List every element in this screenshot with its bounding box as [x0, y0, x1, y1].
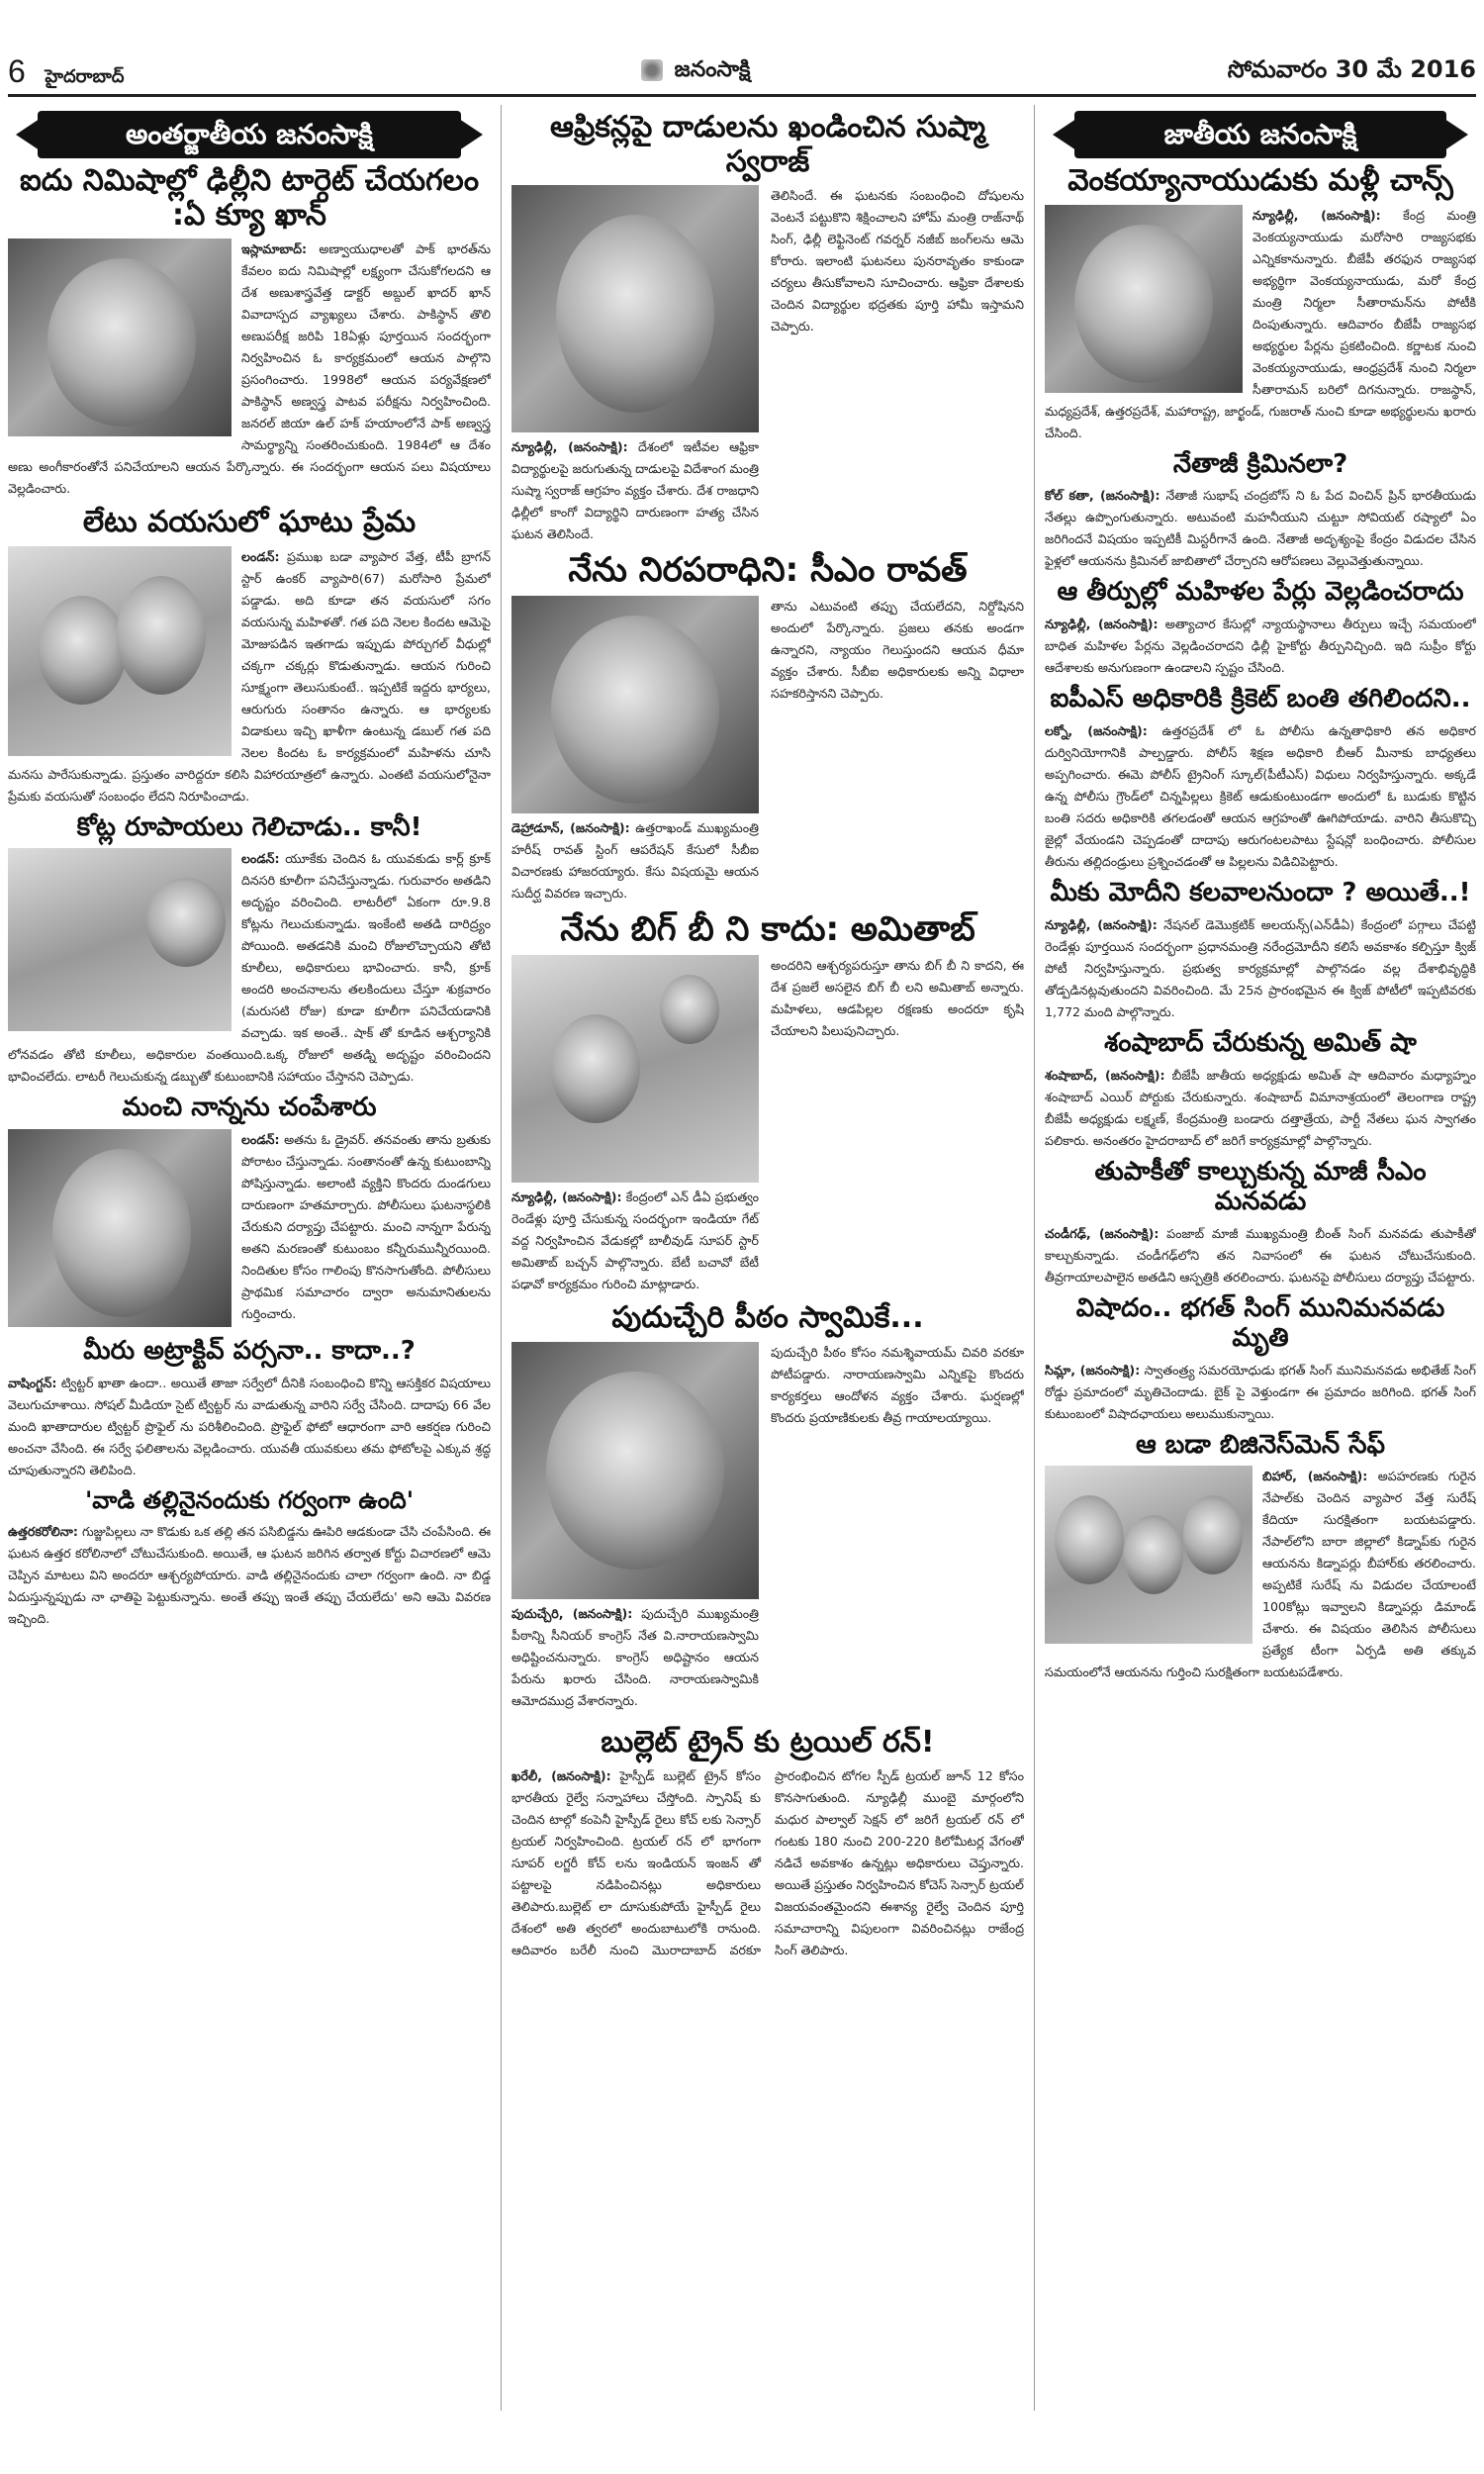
- dateline: శంషాబాద్, (జనంసాక్షి):: [1045, 1068, 1165, 1083]
- article-businessman-safe: బిహార్, (జనంసాక్షి): అపహరణకు గురైన నేపాల…: [1045, 1466, 1476, 1683]
- article-body: గుజ్జుపిల్లలు నా కొడుకు ఒక తల్లి తన పసిబ…: [8, 1524, 491, 1626]
- logo-emblem-icon: [641, 59, 663, 81]
- article-ex-cm-grandson: చండీగఢ్, (జనంసాక్షి): పంజాబ్ మాజీ ముఖ్యమ…: [1045, 1223, 1476, 1288]
- couple-kissing-photo: [8, 546, 232, 756]
- dateline: లండన్:: [241, 851, 280, 866]
- headline: ఐపీఎస్ అధికారికి క్రికెట్ బంతి తగిలిందని…: [1045, 685, 1476, 714]
- article-body: ట్విట్టర్ ఖాతా ఉందా.. అయితే తాజా సర్వేలో…: [8, 1376, 491, 1477]
- dateline: లక్నో, (జనంసాక్షి):: [1045, 723, 1148, 738]
- headline: బుల్లెట్ ట్రైన్ కు ట్రయిల్ రన్!: [511, 1726, 1024, 1760]
- article-bullet-train: ఖరేలీ, (జనంసాక్షి): హైస్పీడ్ బుల్లెట్ ట్…: [511, 1765, 1024, 1961]
- headline: శంషాబాద్ చేరుకున్న అమిత్ షా: [1045, 1029, 1476, 1059]
- dateline: ఉత్తరకరోలినా:: [8, 1524, 78, 1539]
- article-lottery: లండన్: యూకేకు చెందిన ఓ యువకుడు కార్ల్ క్…: [8, 848, 491, 1088]
- international-column: అంతర్జాతీయ జనంసాక్షి ఐదు నిమిషాల్లో ఢిల్…: [8, 105, 491, 2411]
- dateline: న్యూఢిల్లీ, (జనంసాక్షి):: [511, 439, 628, 454]
- lottery-winner-photo: [8, 848, 232, 1031]
- article-body: ఉత్తరప్రదేశ్ లో ఓ పోలీసు ఉన్నతాధికారి తన…: [1045, 723, 1476, 869]
- dateline: ఖరేలీ, (జనంసాక్షి):: [511, 1768, 611, 1783]
- article-puducherry: పుదుచ్చేరి, (జనంసాక్షి): పుదుచ్చేరి ముఖ్…: [511, 1342, 1024, 1712]
- headline: మీకు మోదీని కలవాలనుందా ? అయితే..!: [1045, 879, 1476, 908]
- dateline: న్యూఢిల్లీ, (జనంసాక్షి):: [1252, 208, 1381, 223]
- headline: నేను బిగ్ బీ ని కాదు: అమితాబ్: [511, 910, 1024, 949]
- driver-photo: [8, 1129, 232, 1327]
- section-banner-international: అంతర్జాతీయ జనంసాక్షి: [38, 111, 461, 158]
- headline: నేతాజీ క్రిమినలా?: [1045, 450, 1476, 480]
- dateline: లండన్:: [241, 1132, 280, 1147]
- national-column: జాతీయ జనంసాక్షి వెంకయ్యానాయుడుకు మళ్లీ చ…: [1045, 105, 1476, 2411]
- page-info: 6 హైదరాబాద్: [8, 53, 125, 91]
- dateline: పుదుచ్చేరి, (జనంసాక్షి):: [511, 1606, 632, 1621]
- main-news-column: ఆఫ్రికన్లపై దాడులను ఖండించిన సుష్మా స్వర…: [501, 105, 1035, 2411]
- headline: ఆ తీర్పుల్లో మహిళల పేర్లు వెల్లడించరాదు: [1045, 578, 1476, 608]
- headline: ఆఫ్రికన్లపై దాడులను ఖండించిన సుష్మా స్వర…: [511, 111, 1024, 179]
- section-banner-national: జాతీయ జనంసాక్షి: [1074, 111, 1446, 158]
- headline: మంచి నాన్నను చంపేశారు: [8, 1094, 491, 1123]
- dateline: కోల్ కతా, (జనంసాక్షి):: [1045, 488, 1160, 503]
- article-rawat: డెహ్రాడూన్, (జనంసాక్షి): ఉత్తరాఖండ్ ముఖ్…: [511, 596, 1024, 904]
- article-body: దేశంలో ఇటీవల ఆఫ్రికా విద్యార్థులపై జరుగు…: [511, 439, 759, 541]
- masthead: 6 హైదరాబాద్ జనంసాక్షి సోమవారం 30 మే 2016: [8, 51, 1476, 97]
- headline: వెంకయ్యానాయుడుకు మళ్లీ చాన్స్: [1045, 164, 1476, 199]
- headline: కోట్ల రూపాయలు గెలిచాడు.. కానీ!: [8, 813, 491, 843]
- article-body-continued: కోసం కొనసాగుతుంది. న్యూఢిల్లీ ముంబై మార్…: [775, 1768, 1024, 1957]
- headline: పుదుచ్చేరి పీఠం స్వామికే...: [511, 1301, 1024, 1336]
- headline: లేటు వయసులో ఘాటు ప్రేమ: [8, 506, 491, 540]
- headline: నేను నిరపరాధిని: సీఎం రావత్: [511, 551, 1024, 590]
- headline: 'వాడి తల్లినైనందుకు గర్వంగా ఉంది': [8, 1487, 491, 1515]
- article-twitter-survey: వాషింగ్టన్: ట్విట్టర్ ఖాతా ఉందా.. అయితే …: [8, 1373, 491, 1481]
- article-bhagat-singh: సిమ్లా, (జనంసాక్షి): స్వాతంత్ర్య సమరయోధు…: [1045, 1360, 1476, 1425]
- article-venkaiah: న్యూఢిల్లీ, (జనంసాక్షి): కేంద్ర మంత్రి వ…: [1045, 205, 1476, 444]
- article-body: కేంద్రంలో ఎన్ డీఏ ప్రభుత్వం రెండేళ్లు పూ…: [511, 1189, 759, 1291]
- article-body: పుదుచ్చేరి ముఖ్యమంత్రి పీఠాన్ని సీనియర్ …: [511, 1606, 759, 1708]
- article-good-father: లండన్: అతను ఓ డ్రైవర్. తనవంతు తాను బ్రతు…: [8, 1129, 491, 1331]
- headline: మీరు అట్రాక్టివ్ పర్సనా.. కాదా..?: [8, 1337, 491, 1367]
- venkaiah-naidu-photo: [1045, 205, 1243, 393]
- logo-text: జనంసాక్షి: [675, 57, 751, 82]
- dateline: డెహ్రాడూన్, (జనంసాక్షి):: [511, 820, 630, 835]
- narayanasamy-photo: [511, 1342, 759, 1599]
- dateline: చండీగఢ్, (జనంసాక్షి):: [1045, 1226, 1159, 1241]
- article-victim-names: న్యూఢిల్లీ, (జనంసాక్షి): అత్యాచార కేసుల్…: [1045, 614, 1476, 679]
- article-proud-mother: ఉత్తరకరోలినా: గుజ్జుపిల్లలు నా కొడుకు ఒక…: [8, 1521, 491, 1630]
- dateline: న్యూఢిల్లీ, (జనంసాక్షి):: [1045, 917, 1158, 932]
- article-meet-modi: న్యూఢిల్లీ, (జనంసాక్షి): నేషనల్ డెమొక్రట…: [1045, 914, 1476, 1023]
- article-sushma: న్యూఢిల్లీ, (జనంసాక్షి): దేశంలో ఇటీవల ఆఫ…: [511, 185, 1024, 545]
- article-ips-cricket: లక్నో, (జనంసాక్షి): ఉత్తరప్రదేశ్ లో ఓ పో…: [1045, 720, 1476, 873]
- sushma-swaraj-photo: [511, 185, 759, 432]
- dateline: న్యూఢిల్లీ, (జనంసాక్షి):: [511, 1189, 622, 1204]
- article-amit-shah: శంషాబాద్, (జనంసాక్షి): బీజేపీ జాతీయ అధ్య…: [1045, 1065, 1476, 1152]
- article-body: అతను ఓ డ్రైవర్. తనవంతు తాను బ్రతుకు పోరా…: [241, 1132, 491, 1321]
- headline: ఐదు నిమిషాల్లో ఢిల్లీని టార్గెట్ చేయగలం …: [8, 164, 491, 233]
- dateline: ఇస్లామాబాద్:: [241, 241, 307, 256]
- headline: ఆ బడా బిజినెస్‌మెన్ సేఫ్: [1045, 1431, 1476, 1461]
- city-label: హైదరాబాద్: [45, 66, 124, 87]
- issue-date: సోమవారం 30 మే 2016: [1228, 55, 1476, 89]
- dateline: న్యూఢిల్లీ, (జనంసాక్షి):: [1045, 617, 1159, 631]
- article-amitabh: న్యూఢిల్లీ, (జనంసాక్షి): కేంద్రంలో ఎన్ డ…: [511, 955, 1024, 1295]
- dateline: బిహార్, (జనంసాక్షి):: [1262, 1469, 1367, 1483]
- businessman-rescue-photo: [1045, 1466, 1252, 1644]
- dateline: లండన్:: [241, 549, 280, 564]
- dateline: వాషింగ్టన్:: [8, 1376, 56, 1390]
- headline: తుపాకీతో కాల్చుకున్న మాజీ సీఎం మనవడు: [1045, 1158, 1476, 1217]
- harish-rawat-photo: [511, 596, 759, 813]
- aq-khan-photo: [8, 238, 232, 436]
- article-late-love: లండన్: ప్రముఖ బడా వ్యాపార వేత్త, టీపీ బ్…: [8, 546, 491, 808]
- headline: విషాదం.. భగత్ సింగ్ మునిమనవడు మృతి: [1045, 1294, 1476, 1354]
- article-netaji: కోల్ కతా, (జనంసాక్షి): నేతాజీ సుభాష్ చంద…: [1045, 485, 1476, 572]
- article-body: నేషనల్ డెమొక్రటిక్ అలయన్స్(ఎన్‌డీఏ) కేంద…: [1045, 917, 1476, 1019]
- article-aq-khan: ఇస్లామాబాద్: అణ్వాయుధాలతో పాక్ భారత్‌ను …: [8, 238, 491, 500]
- dateline: సిమ్లా, (జనంసాక్షి):: [1045, 1363, 1140, 1378]
- page-number: 6: [8, 53, 26, 89]
- amitabh-event-photo: [511, 955, 759, 1183]
- newspaper-logo: జనంసాక్షి: [641, 57, 751, 87]
